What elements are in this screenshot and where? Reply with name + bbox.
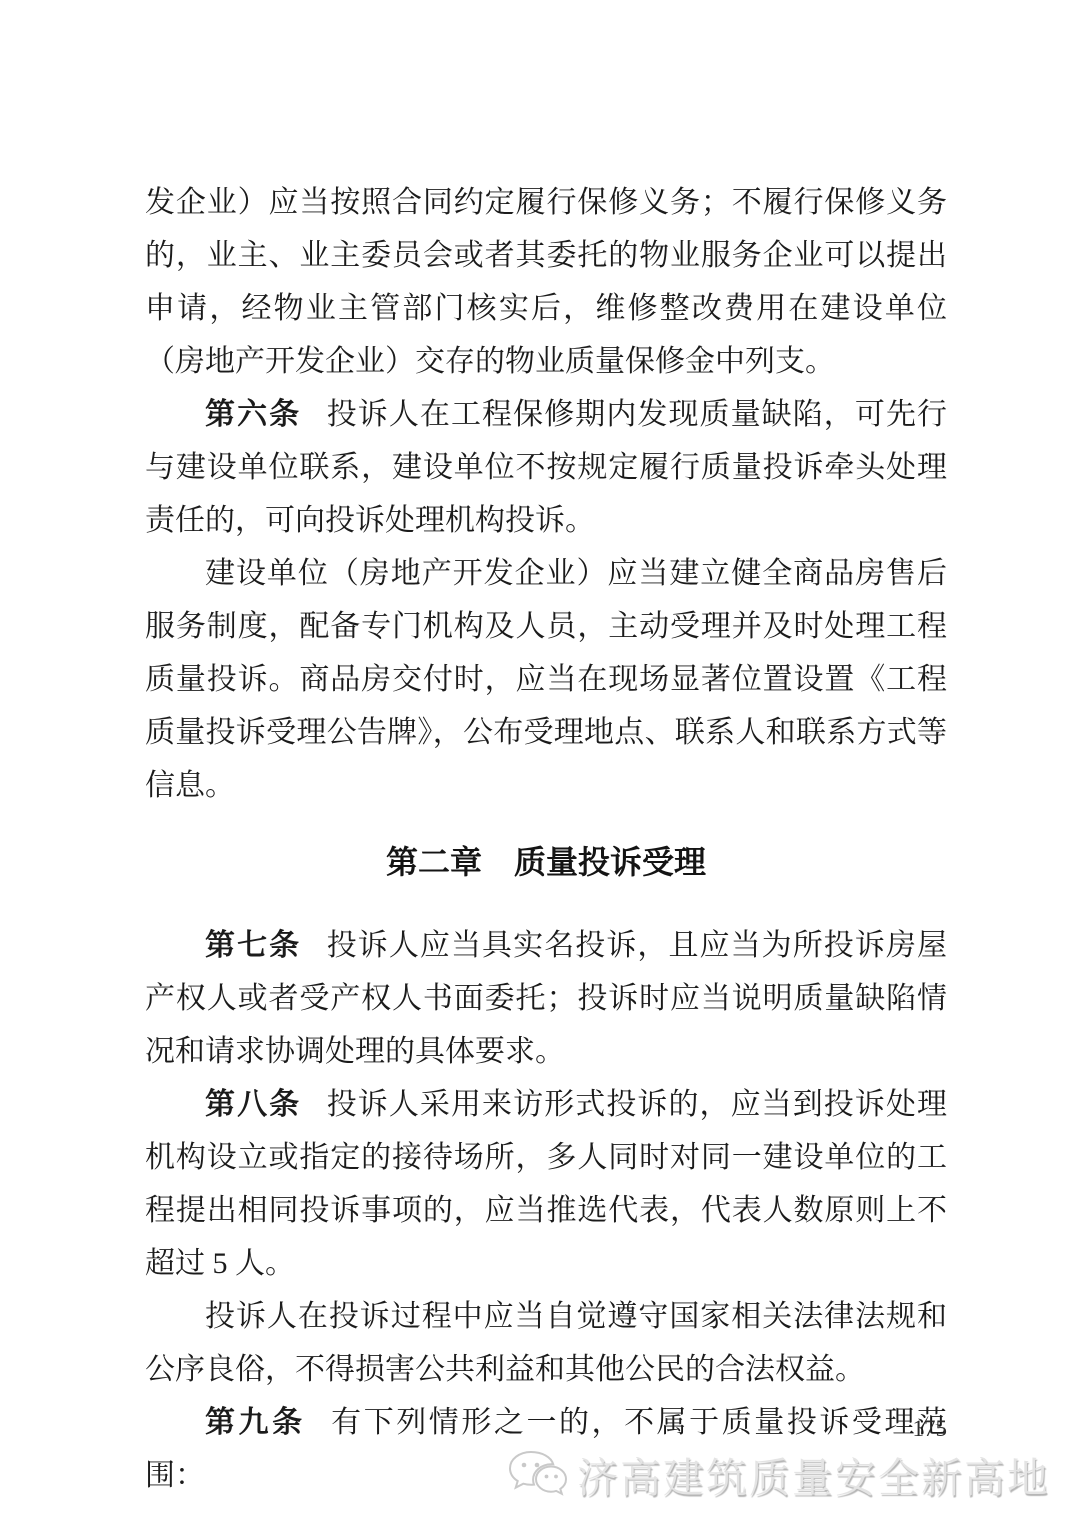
article-paragraph: 第八条投诉人采用来访形式投诉的，应当到投诉处理机构设立或指定的接待场所，多人同时… bbox=[145, 1078, 947, 1290]
page-number: 175 bbox=[913, 1416, 948, 1442]
paragraph-text: 发企业）应当按照合同约定履行保修义务；不履行保修义务的，业主、业主委员会或者其委… bbox=[145, 186, 947, 378]
paragraph-text: 建设单位（房地产开发企业）应当建立健全商品房售后服务制度，配备专门机构及人员，主… bbox=[145, 557, 947, 802]
paragraph-text: 投诉人在投诉过程中应当自觉遵守国家相关法律法规和公序良俗，不得损害公共利益和其他… bbox=[145, 1300, 947, 1386]
article-number-label: 第六条 bbox=[205, 398, 301, 431]
paragraph: 投诉人在投诉过程中应当自觉遵守国家相关法律法规和公序良俗，不得损害公共利益和其他… bbox=[145, 1290, 947, 1396]
wechat-icon bbox=[507, 1449, 567, 1501]
chapter-number-label: 第二章 bbox=[386, 844, 482, 880]
article-number-label: 第八条 bbox=[205, 1088, 301, 1121]
paragraph: 发企业）应当按照合同约定履行保修义务；不履行保修义务的，业主、业主委员会或者其委… bbox=[145, 176, 947, 388]
watermark: 济高建筑质量安全新高地 bbox=[507, 1445, 1050, 1504]
article-paragraph: 第六条投诉人在工程保修期内发现质量缺陷，可先行与建设单位联系，建设单位不按规定履… bbox=[145, 388, 947, 547]
article-number-label: 第九条 bbox=[205, 1406, 306, 1439]
document-body: 发企业）应当按照合同约定履行保修义务；不履行保修义务的，业主、业主委员会或者其委… bbox=[145, 176, 947, 1502]
chapter-heading: 第二章质量投诉受理 bbox=[145, 836, 947, 889]
article-paragraph: 第七条投诉人应当具实名投诉，且应当为所投诉房屋产权人或者受产权人书面委托；投诉时… bbox=[145, 919, 947, 1078]
chapter-title: 质量投诉受理 bbox=[514, 844, 706, 880]
document-page: 发企业）应当按照合同约定履行保修义务；不履行保修义务的，业主、业主委员会或者其委… bbox=[0, 0, 1080, 1527]
article-number-label: 第七条 bbox=[205, 929, 301, 962]
paragraph: 建设单位（房地产开发企业）应当建立健全商品房售后服务制度，配备专门机构及人员，主… bbox=[145, 547, 947, 812]
watermark-text: 济高建筑质量安全新高地 bbox=[577, 1445, 1050, 1504]
